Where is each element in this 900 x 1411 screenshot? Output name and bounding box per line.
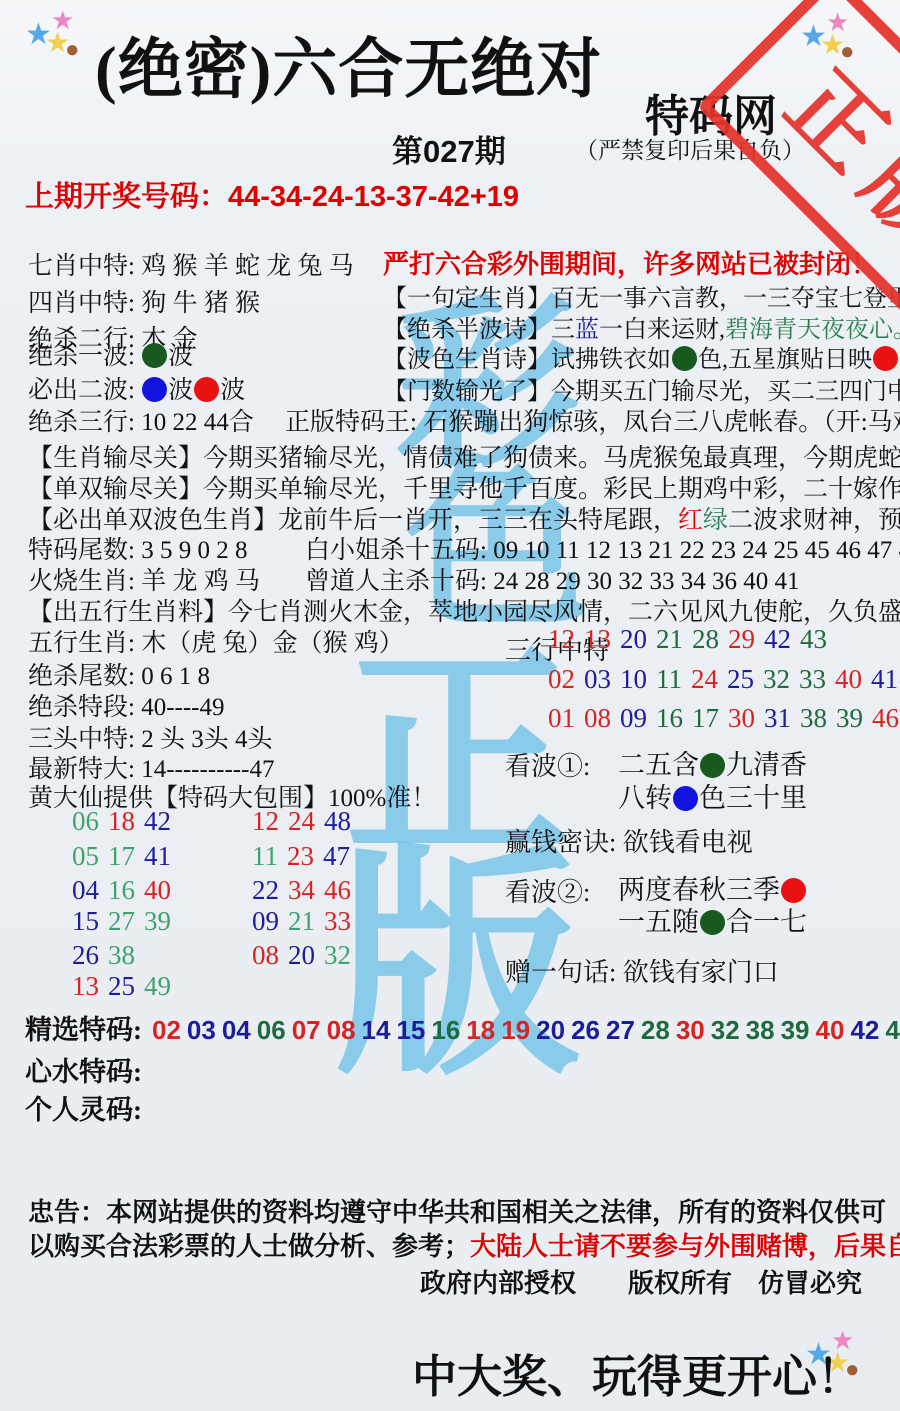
selected-special-row: 精选特码:02030406070814151618192026272830323… [25, 1008, 900, 1047]
grid-c1-r2: 051741 [72, 841, 180, 872]
number: 33 [799, 664, 826, 695]
number: 25 [727, 664, 754, 695]
number: 42 [850, 1015, 879, 1046]
line-text: 合一七 [726, 907, 807, 937]
number: 20 [620, 624, 647, 655]
number: 32 [763, 664, 790, 695]
line-one-sentence: 【一句定生肖】百无一事六言教，一三夺宝七登里。 [383, 278, 900, 313]
number: 40 [835, 664, 862, 695]
number: 16 [108, 875, 135, 906]
number: 15 [396, 1015, 425, 1046]
previous-draw: 上期开奖号码：44-34-24-13-37-42+19 [25, 174, 519, 215]
number: 38 [108, 940, 135, 971]
number: 23 [287, 841, 314, 872]
number: 24 [288, 806, 315, 837]
number: 32 [324, 940, 351, 971]
number: 20 [536, 1015, 565, 1046]
line-text: 色三十里 [699, 783, 807, 813]
number: 09 [620, 703, 647, 734]
issue-number: 第027期 [392, 126, 506, 171]
decor-top-left: ★ ★ ★ ● [25, 8, 97, 80]
selected-special-label: 精选特码: [25, 1015, 142, 1045]
kanbo1-label: 看波①: [505, 746, 590, 783]
number: 34 [288, 875, 315, 906]
number: 01 [548, 703, 575, 734]
grid-c2-r3: 223446 [252, 875, 360, 906]
number: 03 [584, 664, 611, 695]
number: 11 [252, 841, 278, 872]
number: 43 [800, 624, 827, 655]
number: 27 [606, 1015, 635, 1046]
number: 04 [222, 1015, 251, 1046]
number: 12 [252, 806, 279, 837]
number: 38 [800, 703, 827, 734]
number: 26 [571, 1015, 600, 1046]
number: 39 [836, 703, 863, 734]
heart-special-row: 心水特码: [25, 1050, 142, 1089]
number: 28 [692, 624, 719, 655]
red-ball-icon [194, 377, 219, 402]
number: 30 [728, 703, 755, 734]
line-wave-zodiac: 【波色生肖诗】试拂铁衣如色,五星旗贴日映。 [383, 339, 900, 374]
blue-ball-icon [142, 377, 167, 402]
number: 13 [72, 971, 99, 1002]
grid-c1-r1: 061842 [72, 806, 180, 837]
blue-ball-icon [673, 786, 698, 811]
number: 49 [144, 971, 171, 1002]
green-ball-icon [142, 343, 167, 368]
number: 46 [324, 875, 351, 906]
number: 18 [108, 806, 135, 837]
number: 11 [656, 664, 682, 695]
slogan: 中大奖、玩得更开心！ [412, 1340, 862, 1405]
number: 08 [252, 940, 279, 971]
kanbo2-line2: 一五随合一七 [618, 900, 807, 939]
number: 05 [72, 841, 99, 872]
number: 02 [548, 664, 575, 695]
row-four-zodiac: 四肖中特: 狗 牛 猪 猴 [28, 283, 260, 319]
number: 40 [144, 875, 171, 906]
number: 06 [257, 1015, 286, 1046]
number: 04 [72, 875, 99, 906]
number: 24 [691, 664, 718, 695]
red-ball-icon [873, 346, 898, 371]
warning-line-1: 忠告：本网站提供的资料均遵守中华共和国相关之法律，所有的资料仅供可 [28, 1192, 886, 1229]
three-line-row-2: 02031011242532334041 [548, 664, 900, 695]
number: 33 [324, 906, 351, 937]
crackdown-banner: 严打六合彩外围期间，许多网站已被封闭！ [383, 244, 877, 281]
number: 43 [885, 1015, 900, 1046]
grid-c1-r4: 152739 [72, 906, 180, 937]
line-text: 一五随 [618, 907, 699, 937]
row-kill-one-wave: 绝杀一波: 波 [28, 336, 193, 372]
grid-c1-r6: 132549 [72, 971, 180, 1002]
number: 41 [871, 664, 898, 695]
number: 08 [584, 703, 611, 734]
warning-line-2: 以购买合法彩票的人士做分析、参考；大陆人士请不要参与外围赌博，后果自负。 [28, 1226, 900, 1263]
number: 29 [728, 624, 755, 655]
line-text: 八转 [618, 783, 672, 813]
number: 46 [872, 703, 899, 734]
number: 42 [144, 806, 171, 837]
line-doors: 【门数输光了】今期买五门输尽光，买二三四门中。 [383, 371, 900, 406]
line-text: 【波色生肖诗】试拂铁衣如 [383, 347, 671, 373]
number: 42 [764, 624, 791, 655]
number: 48 [324, 806, 351, 837]
row-kill-three-lines: 绝杀三行: 10 22 44合 [28, 402, 254, 438]
number: 16 [431, 1015, 460, 1046]
number: 32 [711, 1015, 740, 1046]
number: 38 [746, 1015, 775, 1046]
red-warning: 大陆人士请不要参与外围赌博，后果自负。 [470, 1231, 900, 1261]
grid-c1-r5: 2638 [72, 940, 144, 971]
row-label: 绝杀一波: [28, 343, 141, 370]
rights-line: 政府内部授权 版权所有 仿冒必究 [420, 1263, 862, 1300]
number: 13 [584, 624, 611, 655]
number: 31 [764, 703, 791, 734]
number: 27 [108, 906, 135, 937]
number: 40 [816, 1015, 845, 1046]
row-wuxing-zodiac: 五行生肖: 木（虎 兔）金（猴 鸡） [28, 623, 404, 659]
wave-text: 波 [220, 377, 245, 404]
page: 彩 色 正 版 ★ ★ ★ ● ★ ★ ★ ● ★ ★ ★ ● (绝密)六合无绝… [0, 0, 900, 1411]
line-text: 以购买合法彩票的人士做分析、参考； [28, 1231, 470, 1261]
number: 06 [72, 806, 99, 837]
number: 17 [108, 841, 135, 872]
grid-c2-r2: 112347 [252, 841, 359, 872]
number: 16 [656, 703, 683, 734]
number: 47 [323, 841, 350, 872]
wave-text: 波 [168, 343, 193, 370]
gift-phrase: 赠一句话: 欲钱有家门口 [505, 952, 779, 989]
number: 39 [144, 906, 171, 937]
number: 07 [292, 1015, 321, 1046]
win-secret: 赢钱密诀: 欲钱看电视 [505, 822, 753, 859]
page-title: (绝密)六合无绝对 [95, 16, 602, 110]
number: 09 [252, 906, 279, 937]
number: 02 [152, 1015, 181, 1046]
number: 15 [72, 906, 99, 937]
grid-c2-r1: 122448 [252, 806, 360, 837]
personal-code-row: 个人灵码: [25, 1088, 142, 1127]
grid-c1-r3: 041640 [72, 875, 180, 906]
row-label: 必出二波: [28, 377, 141, 404]
grid-c2-r5: 082032 [252, 940, 360, 971]
kanbo1-line2: 八转色三十里 [618, 776, 807, 815]
number: 08 [327, 1015, 356, 1046]
line-text: 色,五星旗贴日映 [698, 347, 872, 373]
number: 20 [288, 940, 315, 971]
number: 22 [252, 875, 279, 906]
row-seven-zodiac: 七肖中特: 鸡 猴 羊 蛇 龙 兔 马 [28, 246, 354, 282]
number: 41 [144, 841, 171, 872]
number: 21 [656, 624, 683, 655]
three-line-row-1: 1213202128294243 [548, 624, 836, 655]
green-ball-icon [700, 910, 725, 935]
teddy-icon: ● [65, 38, 80, 62]
number: 25 [108, 971, 135, 1002]
green-ball-icon [700, 753, 725, 778]
number: 12 [548, 624, 575, 655]
number: 14 [362, 1015, 391, 1046]
wave-text: 波 [168, 377, 193, 404]
grid-c2-r4: 092133 [252, 906, 360, 937]
number: 21 [288, 906, 315, 937]
number: 39 [781, 1015, 810, 1046]
three-line-row-3: 0108091617303138394647 [548, 703, 900, 734]
king-line: 正版特码王: 石猴蹦出狗惊骇，凤台三八虎帐春。（开:马鸡） [285, 402, 900, 438]
number: 17 [692, 703, 719, 734]
number: 10 [620, 664, 647, 695]
number: 19 [501, 1015, 530, 1046]
number: 30 [676, 1015, 705, 1046]
kanbo2-label: 看波②: [505, 872, 590, 909]
number: 26 [72, 940, 99, 971]
selected-special-numbers: 0203040607081415161819202627283032383940… [152, 1015, 900, 1045]
number: 28 [641, 1015, 670, 1046]
number: 18 [466, 1015, 495, 1046]
number: 03 [187, 1015, 216, 1046]
row-kill-segment: 绝杀特段: 40----49 [28, 687, 225, 723]
green-ball-icon [672, 346, 697, 371]
row-must-two-waves: 必出二波: 波波 [28, 370, 245, 406]
